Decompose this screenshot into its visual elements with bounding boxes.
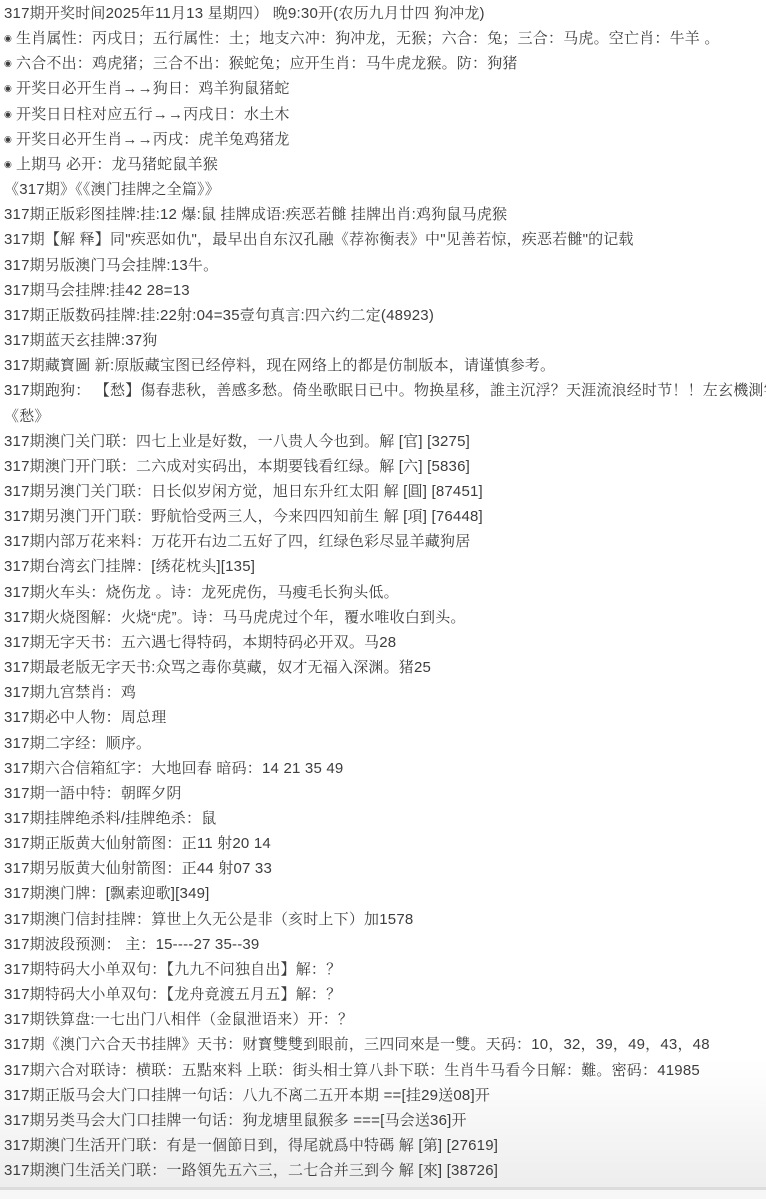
text-line: 317期波段预测： 主：15----27 35--39 [4,932,766,957]
bullet-icon: ◉ [4,127,14,152]
line-text: 317期跑狗： 【愁】傷春悲秋，善感多愁。倚坐歌眠日已中。物换星移，誰主沉浮？天… [4,382,766,399]
line-text: 317期正版数码挂牌:挂:22射:04=35壹句真言:四六约二定(48923) [4,307,434,324]
text-line: 317期另澳门关门联：日长似岁闲方觉，旭日东升红太阳 解 [圓] [87451] [4,479,766,504]
line-text: 317期特码大小单双句：【龙舟竟渡五月五】解：？ [4,986,341,1003]
text-line: 317期另版澳门马会挂牌:13牛。 [4,253,766,278]
text-line: 317期火车头：烧伤龙 。诗：龙死虎伤，马瘦毛长狗头低。 [4,580,766,605]
text-line: 317期火烧图解：火烧“虎”。诗：马马虎虎过个年，覆水唯收白到头。 [4,605,766,630]
bullet-icon: ◉ [4,51,14,76]
line-text: 317期澳门牌：[飘素迎歌][349] [4,885,210,902]
line-text: 开奖日日柱对应五行→→丙戌日：水土木 [16,106,290,123]
line-text: 317期内部万花来料：万花开右边二五好了四，红绿色彩尽显羊藏狗居 [4,533,470,550]
text-line: 317期必中人物：周总理 [4,705,766,730]
line-text: 317期火车头：烧伤龙 。诗：龙死虎伤，马瘦毛长狗头低。 [4,584,399,601]
text-lines-container: 317期开奖时间2025年11月13 星期四） 晚9:30开(农历九月廿四 狗冲… [0,0,766,1183]
line-text: 317期正版黄大仙射箭图：正11 射20 14 [4,835,271,852]
text-line: 《愁》 [4,404,766,429]
text-line: 317期一語中特：朝晖夕阴 [4,781,766,806]
text-line: ◉开奖日日柱对应五行→→丙戌日：水土木 [4,102,766,127]
line-text: 《317期》《《澳门挂牌之全篇》》 [4,181,220,198]
text-line: 317期六合对联诗：横联：五點來料 上联：街头相士算八卦下联：生肖牛马看今日解：… [4,1058,766,1083]
text-line: 317期《澳门六合天书挂牌》天书：财寳雙雙到眼前，三四同來是一雙。天码：10，3… [4,1032,766,1057]
line-text: 六合不出：鸡虎猪；三合不出：猴蛇兔；应开生肖：马牛虎龙猴。防：狗猪 [16,55,518,72]
bullet-icon: ◉ [4,26,14,51]
text-line: 317期澳门关门联：四七上业是好数，一八贵人今也到。解 [官] [3275] [4,429,766,454]
line-text: 《愁》 [4,408,50,425]
line-text: 上期马 必开：龙马猪蛇鼠羊猴 [16,156,218,173]
text-line: 317期澳门生活关门联：一路領先五六三，二七合并三到今 解 [來] [38726… [4,1158,766,1183]
line-text: 317期特码大小单双句：【九九不问独自出】解：？ [4,961,341,978]
text-line: ◉开奖日必开生肖→→狗日：鸡羊狗鼠猪蛇 [4,76,766,101]
text-line: 317期正版马会大门口挂牌一句话：八九不离二五开本期 ==[挂29送08]开 [4,1083,766,1108]
line-text: 317期藏寳圖 新:原版藏宝图已经停料，现在网络上的都是仿制版本，请谨慎参考。 [4,357,555,374]
bullet-icon: ◉ [4,102,14,127]
line-text: 317期正版彩图挂牌:挂:12 爆:鼠 挂牌成语:疾恶若雠 挂牌出肖:鸡狗鼠马虎… [4,206,507,223]
line-text: 317期另类马会大门口挂牌一句话：狗龙塘里鼠猴多 ===[马会送36]开 [4,1112,467,1129]
line-text: 317期正版马会大门口挂牌一句话：八九不离二五开本期 ==[挂29送08]开 [4,1087,490,1104]
line-text: 317期蓝天玄挂牌:37狗 [4,332,157,349]
text-line: 317期铁算盘:一七出门八相伴（金鼠泄语来）开：？ [4,1007,766,1032]
line-text: 317期火烧图解：火烧“虎”。诗：马马虎虎过个年，覆水唯收白到头。 [4,609,466,626]
line-text: 317期另版黄大仙射箭图：正44 射07 33 [4,860,272,877]
text-line: 317期九宫禁肖：鸡 [4,680,766,705]
line-text: 317期澳门关门联：四七上业是好数，一八贵人今也到。解 [官] [3275] [4,433,470,450]
line-text: 317期一語中特：朝晖夕阴 [4,785,182,802]
text-line: 317期特码大小单双句：【九九不问独自出】解：？ [4,957,766,982]
text-line: 317期马会挂牌:挂42 28=13 [4,278,766,303]
text-line: 317期跑狗： 【愁】傷春悲秋，善感多愁。倚坐歌眠日已中。物换星移，誰主沉浮？天… [4,378,766,403]
text-line: ◉生肖属性：丙戌日；五行属性：土；地支六冲：狗冲龙，无猴；六合：兔；三合：马虎。… [4,26,766,51]
line-text: 317期【解 释】同"疾恶如仇"，最早出自东汉孔融《荐祢衡表》中"见善若惊，疾恶… [4,231,634,248]
text-line: 《317期》《《澳门挂牌之全篇》》 [4,177,766,202]
line-text: 317期澳门信封挂牌：算世上久无公是非（亥时上下）加1578 [4,911,413,928]
text-line: 317期最老版无字天书:众骂之毒你莫藏，奴才无福入深渊。猪25 [4,655,766,680]
line-text: 317期必中人物：周总理 [4,709,166,726]
line-text: 开奖日必开生肖→→丙戌：虎羊兔鸡猪龙 [16,131,290,148]
text-line: 317期另版黄大仙射箭图：正44 射07 33 [4,856,766,881]
text-line: 317期【解 释】同"疾恶如仇"，最早出自东汉孔融《荐祢衡表》中"见善若惊，疾恶… [4,227,766,252]
text-line: ◉六合不出：鸡虎猪；三合不出：猴蛇兔；应开生肖：马牛虎龙猴。防：狗猪 [4,51,766,76]
line-text: 317期澳门生活开门联：有是一個節日到，得尾就爲中特碼 解 [第] [27619… [4,1137,498,1154]
text-line: 317期内部万花来料：万花开右边二五好了四，红绿色彩尽显羊藏狗居 [4,529,766,554]
text-line: 317期蓝天玄挂牌:37狗 [4,328,766,353]
text-line: 317期澳门开门联：二六成对实码出，本期要钱看红绿。解 [六] [5836] [4,454,766,479]
bullet-icon: ◉ [4,152,14,177]
line-text: 317期澳门开门联：二六成对实码出，本期要钱看红绿。解 [六] [5836] [4,458,470,475]
lottery-info-page: 317期开奖时间2025年11月13 星期四） 晚9:30开(农历九月廿四 狗冲… [0,0,766,1199]
line-text: 317期澳门生活关门联：一路領先五六三，二七合并三到今 解 [來] [38726… [4,1162,498,1179]
line-text: 317期台湾玄门挂牌：[绣花枕头][135] [4,558,255,575]
line-text: 317期九宫禁肖：鸡 [4,684,136,701]
line-text: 317期马会挂牌:挂42 28=13 [4,282,190,299]
text-line: 317期另类马会大门口挂牌一句话：狗龙塘里鼠猴多 ===[马会送36]开 [4,1108,766,1133]
line-text: 317期开奖时间2025年11月13 星期四） 晚9:30开(农历九月廿四 狗冲… [4,5,485,22]
line-text: 317期最老版无字天书:众骂之毒你莫藏，奴才无福入深渊。猪25 [4,659,431,676]
line-text: 317期二字经：顺序。 [4,735,151,752]
line-text: 317期铁算盘:一七出门八相伴（金鼠泄语来）开：？ [4,1011,353,1028]
line-text: 317期《澳门六合天书挂牌》天书：财寳雙雙到眼前，三四同來是一雙。天码：10，3… [4,1036,710,1053]
line-text: 317期六合对联诗：横联：五點來料 上联：街头相士算八卦下联：生肖牛马看今日解：… [4,1062,700,1079]
bullet-icon: ◉ [4,76,14,101]
line-text: 317期另澳门开门联：野航恰受两三人，今来四四知前生 解 [項] [76448] [4,508,483,525]
line-text: 开奖日必开生肖→→狗日：鸡羊狗鼠猪蛇 [16,80,290,97]
line-text: 317期六合信箱紅字：大地回春 暗码：14 21 35 49 [4,760,343,777]
text-line: 317期藏寳圖 新:原版藏宝图已经停料，现在网络上的都是仿制版本，请谨慎参考。 [4,353,766,378]
text-line: 317期特码大小单双句：【龙舟竟渡五月五】解：？ [4,982,766,1007]
text-line: 317期无字天书：五六遇七得特码，本期特码必开双。马28 [4,630,766,655]
text-line: 317期二字经：顺序。 [4,731,766,756]
text-line: 317期六合信箱紅字：大地回春 暗码：14 21 35 49 [4,756,766,781]
text-line: 317期另澳门开门联：野航恰受两三人，今来四四知前生 解 [項] [76448] [4,504,766,529]
line-text: 生肖属性：丙戌日；五行属性：土；地支六冲：狗冲龙，无猴；六合：兔；三合：马虎。空… [16,30,720,47]
line-text: 317期无字天书：五六遇七得特码，本期特码必开双。马28 [4,634,396,651]
text-line: 317期澳门生活开门联：有是一個節日到，得尾就爲中特碼 解 [第] [27619… [4,1133,766,1158]
text-line: 317期澳门信封挂牌：算世上久无公是非（亥时上下）加1578 [4,907,766,932]
line-text: 317期另澳门关门联：日长似岁闲方觉，旭日东升红太阳 解 [圓] [87451] [4,483,483,500]
line-text: 317期波段预测： 主：15----27 35--39 [4,936,259,953]
text-line: ◉开奖日必开生肖→→丙戌：虎羊兔鸡猪龙 [4,127,766,152]
bottom-strip [0,1190,766,1199]
text-line: 317期正版彩图挂牌:挂:12 爆:鼠 挂牌成语:疾恶若雠 挂牌出肖:鸡狗鼠马虎… [4,202,766,227]
text-line: 317期开奖时间2025年11月13 星期四） 晚9:30开(农历九月廿四 狗冲… [4,1,766,26]
line-text: 317期挂牌绝杀料/挂牌绝杀：鼠 [4,810,216,827]
text-line: 317期正版数码挂牌:挂:22射:04=35壹句真言:四六约二定(48923) [4,303,766,328]
text-line: ◉上期马 必开：龙马猪蛇鼠羊猴 [4,152,766,177]
text-line: 317期台湾玄门挂牌：[绣花枕头][135] [4,554,766,579]
text-line: 317期澳门牌：[飘素迎歌][349] [4,881,766,906]
text-line: 317期挂牌绝杀料/挂牌绝杀：鼠 [4,806,766,831]
line-text: 317期另版澳门马会挂牌:13牛。 [4,257,218,274]
text-line: 317期正版黄大仙射箭图：正11 射20 14 [4,831,766,856]
